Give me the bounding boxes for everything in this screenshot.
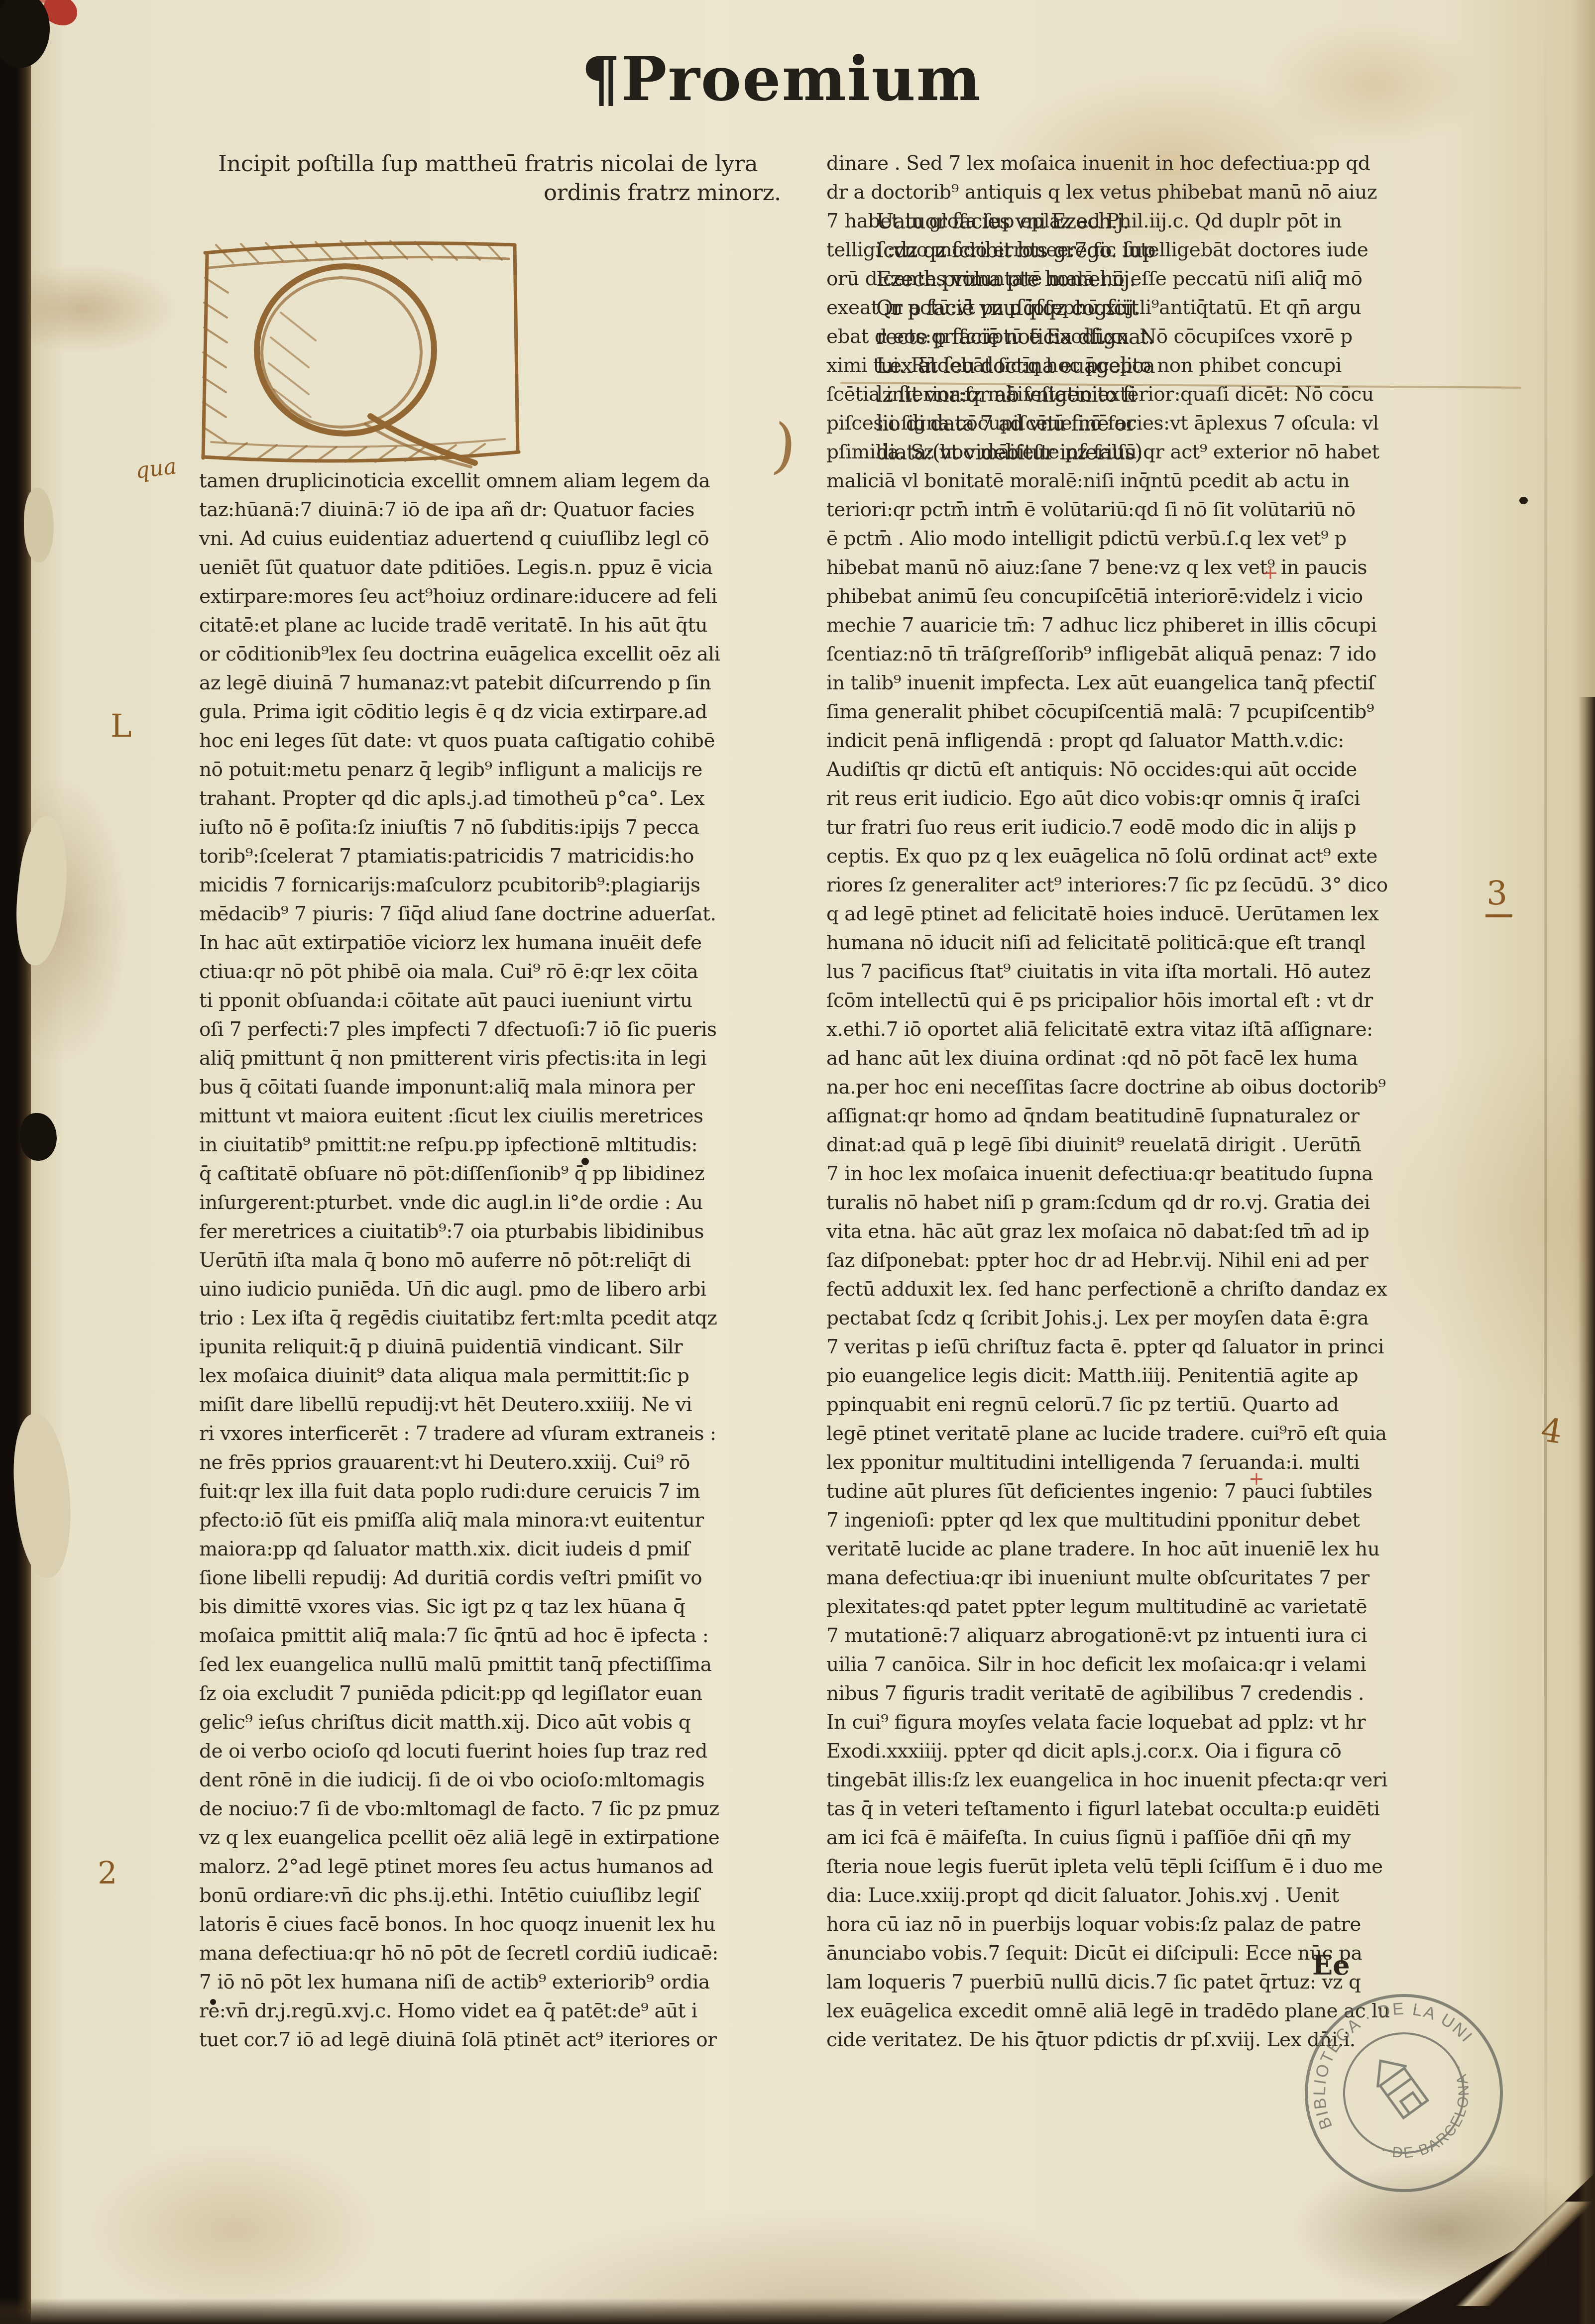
red-ink-cross: + bbox=[1262, 561, 1278, 583]
text-line: pſimilia. Sz hoc māifeſte pz falſū:qr ac… bbox=[826, 438, 1459, 467]
text-line: lus 7 pacificus ſtat⁹ ciuitatis in vita … bbox=[826, 958, 1459, 987]
text-line: x.ethi.7 iō oportet aliā felicitatē extr… bbox=[826, 1015, 1459, 1044]
text-line: aliq̄ pmittunt q̄ non pmitterent viris p… bbox=[199, 1044, 784, 1073]
text-line: fuit:qr lex illa fuit data poplo rudi:du… bbox=[199, 1477, 784, 1506]
marginal-number-2: 2 bbox=[98, 1855, 117, 1891]
text-line: In hac aūt extirpatiōe viciorz lex human… bbox=[199, 929, 784, 958]
text-line: ſaz diſponebat: ppter hoc dr ad Hebr.vij… bbox=[826, 1246, 1459, 1275]
page-curl-highlight bbox=[1443, 2202, 1592, 2306]
text-line: dr a doctorib⁹ antiquis q lex vetus phib… bbox=[826, 178, 1459, 207]
text-line: miſit dare libellū repudij:vt hēt Deuter… bbox=[199, 1391, 784, 1420]
text-line: malorz. 2°ad legē ptinet mores ſeu actus… bbox=[199, 1853, 784, 1881]
text-line: inſurgerent:pturbet. vnde dic augl.in li… bbox=[199, 1189, 784, 1217]
paper-tear bbox=[24, 488, 54, 562]
text-line: gelic⁹ ieſus chriſtus dicit matth.xij. D… bbox=[199, 1708, 784, 1737]
text-line: ſcentiaz:nō tn̄ trāſgreſſorib⁹ infligebā… bbox=[826, 640, 1459, 669]
right-page-edge-shadow bbox=[1578, 697, 1595, 2324]
text-line: ueniēt ſūt quatuor date pditiōes. Legis.… bbox=[199, 553, 784, 582]
text-line: teriori:qr pctm̄ intm̄ ē volūtariū:qd ſi… bbox=[826, 496, 1459, 525]
text-line: plexitates:qd patet ppter legum multitud… bbox=[826, 1593, 1459, 1622]
text-line: nibus 7 figuris tradit veritatē de agibi… bbox=[826, 1679, 1459, 1708]
text-line: az legē diuinā 7 humanaz:vt patebit diſc… bbox=[199, 669, 784, 698]
text-line: dent rōnē in die iudicij. ſi de oi vbo o… bbox=[199, 1766, 784, 1795]
text-line: maiora:pp qd ſaluator matth.xix. dicit i… bbox=[199, 1535, 784, 1564]
text-line: tamen druplicinoticia excellit omnem ali… bbox=[199, 467, 784, 496]
text-line: Uerūtn̄ iſta mala q̄ bono mō auferre nō … bbox=[199, 1246, 784, 1275]
text-line: phibebat animū ſeu concupiſcētiā interio… bbox=[826, 582, 1459, 611]
text-line: In cui⁹ figura moyſes velata facie loque… bbox=[826, 1708, 1459, 1737]
text-line: iuſto nō ē poſita:ſz iniuſtis 7 nō ſubdi… bbox=[199, 813, 784, 842]
text-line: ipunita reliquit:q̄ p diuinā puidentiā v… bbox=[199, 1333, 784, 1362]
text-line: tuet cor.7 iō ad legē diuinā ſolā ptinēt… bbox=[199, 2026, 784, 2055]
text-line: tur fratri ſuo reus erit iudicio.7 eodē … bbox=[826, 813, 1459, 842]
text-line: de oi verbo ocioſo qd locuti fuerint hoi… bbox=[199, 1737, 784, 1766]
text-line: ānunciabo vobis.7 ſequit: Dicūt ei diſci… bbox=[826, 1939, 1459, 1968]
red-ink-cross: + bbox=[1249, 1467, 1264, 1489]
text-line: mana defectiua:qr ibi inueniunt multe ob… bbox=[826, 1564, 1459, 1593]
text-line: Ezech.prima pte homel.iij. bbox=[538, 265, 876, 294]
marginal-note-qua: qua bbox=[134, 453, 178, 484]
text-line: oſi 7 perfecti:7 ples impfecti 7 dfectuo… bbox=[199, 1015, 784, 1044]
right-column: dinare . Sed 7 lex moſaica inuenit in ho… bbox=[826, 149, 1459, 2055]
incipit-line: ordinis fratrz minorz. bbox=[199, 178, 784, 207]
text-line: vz q lex euangelica pcellit oēz aliā leg… bbox=[199, 1824, 784, 1853]
text-line: lz ſit vna:qr ab vnigenito fi bbox=[538, 380, 876, 409]
text-line: diata:(vt videbitur inferius) bbox=[538, 438, 876, 467]
text-line: Audiſtis qr dictū eſt antiquis: Nō occid… bbox=[826, 756, 1459, 784]
text-line: orū dicentes voluntatē malā nō eſſe pecc… bbox=[826, 265, 1459, 294]
text-line: tudine aūt plures ſūt deficientes ingeni… bbox=[826, 1477, 1459, 1506]
text-line: telligi :vno modo erronee:7 ſic intellig… bbox=[826, 236, 1459, 265]
text-line: maliciā vl bonitatē moralē:niſi inq̄ntū … bbox=[826, 467, 1459, 496]
bottom-page-shadow bbox=[0, 2298, 1595, 2324]
text-line: torib⁹:ſcelerat 7 ptamiatis:patricidis 7… bbox=[199, 842, 784, 871]
text-line: latoris ē ciues facē bonos. In hoc quoqz… bbox=[199, 1910, 784, 1939]
book-gutter-edge bbox=[0, 0, 31, 2324]
text-line: fectū adduxit lex. ſed hanc perfectionē … bbox=[826, 1275, 1459, 1304]
text-line: tingebāt illis:ſz lex euangelica in hoc … bbox=[826, 1766, 1459, 1795]
text-line: 7 in hoc lex moſaica inuenit defectiua:q… bbox=[826, 1160, 1459, 1189]
text-line: ebat d eos:qr ſcriptū ē Exodi.xx. Nō cōc… bbox=[826, 323, 1459, 351]
text-line: 7 iō nō pōt lex humana niſi de actib⁹ ex… bbox=[199, 1968, 784, 1997]
marginal-number-3: 3 bbox=[1485, 874, 1512, 917]
text-line: re:vn̄ dr.j.regū.xvj.c. Homo videt ea q̄… bbox=[199, 1997, 784, 2026]
text-line: hora cū iaz nō in puerbijs loquar vobis:… bbox=[826, 1910, 1459, 1939]
text-line: extirpare:mores ſeu act⁹hoiuz ordinare:i… bbox=[199, 582, 784, 611]
left-body-lines: tamen druplicinoticia excellit omnem ali… bbox=[199, 467, 784, 2055]
text-line: q ad legē ptinet ad felicitatē hoies ind… bbox=[826, 900, 1459, 929]
page-title: ¶Proemium bbox=[0, 43, 1563, 114]
text-line: gula. Prima igit cōditio legis ē q dz vi… bbox=[199, 698, 784, 727]
marginal-number-4: 4 bbox=[1538, 1410, 1565, 1451]
text-line: ſed lex euangelica nullū malū pmittit ta… bbox=[199, 1651, 784, 1679]
text-line: ē pctm̄ . Alio modo intelligit pdictū ve… bbox=[826, 525, 1459, 553]
incipit-line: Incipit poſtilla ſup mattheū fratris nic… bbox=[199, 149, 784, 178]
text-line: micidis 7 fornicarijs:maſculorz pcubitor… bbox=[199, 871, 784, 900]
text-line: 7 veritas p ieſū chriſtuz facta ē. ppter… bbox=[826, 1333, 1459, 1362]
text-line: bonū ordiare:vn̄ dic phs.ij.ethi. Intēti… bbox=[199, 1881, 784, 1910]
text-line: ſcōm intellectū qui ē ps pricipalior hōi… bbox=[826, 987, 1459, 1015]
text-line: vni. Ad cuius euidentiaz aduertend q cui… bbox=[199, 525, 784, 553]
wormhole bbox=[581, 1158, 589, 1165]
text-line: exeat in actū:vt pz p ioſephū.xiij.li⁹an… bbox=[826, 294, 1459, 323]
text-line: mechie 7 auaricie tm̄: 7 adhuc licz phib… bbox=[826, 611, 1459, 640]
text-line: humana nō iducit niſi ad felicitatē poli… bbox=[826, 929, 1459, 958]
text-line: pio euangelice legis dicit: Matth.iiij. … bbox=[826, 1362, 1459, 1391]
text-line: ximi tui. Rn̄debāt ſic:q hoc pcepto non … bbox=[826, 351, 1459, 380]
text-line: mittunt vt maiora euitent :ſicut lex ciu… bbox=[199, 1102, 784, 1131]
text-line: ad hanc aūt lex diuina ordinat :qd nō pō… bbox=[826, 1044, 1459, 1073]
text-line: moſaica pmittit aliq̄ mala:7 ſic q̄ntū a… bbox=[199, 1622, 784, 1651]
decorated-initial-q bbox=[196, 233, 525, 469]
text-line: indicit penā infligendā : propt qd ſalua… bbox=[826, 727, 1459, 756]
ink-blot bbox=[1519, 497, 1528, 504]
page-paper: ¶Proemium Incipit poſtilla ſup mattheū f… bbox=[0, 0, 1595, 2324]
text-line: in ciuitatib⁹ pmittit:ne reſpu.pp ipfect… bbox=[199, 1131, 784, 1160]
text-line: am ici fcā ē māifeſta. In cuius ſignū i … bbox=[826, 1824, 1459, 1853]
text-line: aſſignat:qr homo ad q̄ndam beatitudinē ſ… bbox=[826, 1102, 1459, 1131]
text-line: ſz oia excludit 7 puniēda pdicit:pp qd l… bbox=[199, 1679, 784, 1708]
text-line: trahant. Propter qd dic apls.j.ad timoth… bbox=[199, 784, 784, 813]
text-line: 7 ingenioſi: ppter qd lex que multitudin… bbox=[826, 1506, 1459, 1535]
marginal-letter-l: L bbox=[111, 708, 132, 745]
text-line: vita etna. hāc aūt graz lex moſaica nō d… bbox=[826, 1217, 1459, 1246]
text-line: pfecto:iō ſūt eis pmiſſa aliq̄ mala mino… bbox=[199, 1506, 784, 1535]
text-line: lex pponitur multitudini intelligenda 7 … bbox=[826, 1448, 1459, 1477]
text-line: ppinquabit eni regnū celorū.7 ſic pz ter… bbox=[826, 1391, 1459, 1420]
wormhole bbox=[210, 1999, 216, 2005]
text-line: ceptis. Ex quo pz q lex euāgelica nō ſol… bbox=[826, 842, 1459, 871]
text-line: bis dimittē vxores vias. Sic igt pz q ta… bbox=[199, 1593, 784, 1622]
text-line: hibebat manū nō aiuz:ſane 7 bene:vz q le… bbox=[826, 553, 1459, 582]
text-line: ſione libelli repudij: Ad duritiā cordis… bbox=[199, 1564, 784, 1593]
text-line: nō potuit:metu penarz q̄ legib⁹ infligun… bbox=[199, 756, 784, 784]
text-line: ti pponit obſuanda:i cōitate aūt pauci i… bbox=[199, 987, 784, 1015]
text-line: uino iudicio puniēda. Un̄ dic augl. pmo … bbox=[199, 1275, 784, 1304]
text-line: trio : Lex iſta q̄ regēdis ciuitatibz fe… bbox=[199, 1304, 784, 1333]
text-line: citatē:et plane ac lucide tradē veritatē… bbox=[199, 611, 784, 640]
text-line: 7 mutationē:7 aliquarz abrogationē:vt pz… bbox=[826, 1622, 1459, 1651]
text-line: riores ſz generaliter act⁹ interiores:7 … bbox=[826, 871, 1459, 900]
text-line: uilia 7 canōica. Silr in hoc deficit lex… bbox=[826, 1651, 1459, 1679]
text-line: mēdacib⁹ 7 piuris: 7 ſiq̄d aliud ſane do… bbox=[199, 900, 784, 929]
stamp-text-bottom: · DE BARCELONA · bbox=[1361, 2058, 1499, 2182]
text-line: dinare . Sed 7 lex moſaica inuenit in ho… bbox=[826, 149, 1459, 178]
text-line: ſcdz qz ſcribit bts grego. ſup bbox=[538, 236, 876, 265]
text-line: Uatuor facies vni Ezech.j. bbox=[538, 207, 876, 236]
text-line: dinat:ad quā p legē ſibi diuinit⁹ reuela… bbox=[826, 1131, 1459, 1160]
text-line: ſima generalit phibet cōcupiſcentiā malā… bbox=[826, 698, 1459, 727]
text-line: Qr p faciē vnuſq̄ſqz cogſcit bbox=[538, 294, 876, 323]
text-line: q̄ caſtitatē obſuare nō pōt:diſſenſionib… bbox=[199, 1160, 784, 1189]
text-line: mana defectiua:qr hō nō pōt de ſecretl c… bbox=[199, 1939, 784, 1968]
text-line: na.per hoc eni neceſſitas ſacre doctrine… bbox=[826, 1073, 1459, 1102]
text-line: turalis nō habet niſi p gram:ſcdum qd dr… bbox=[826, 1189, 1459, 1217]
text-line: fer meretrices a ciuitatib⁹:7 oia pturba… bbox=[199, 1217, 784, 1246]
text-line: or cōditionib⁹lex ſeu doctrina euāgelica… bbox=[199, 640, 784, 669]
left-column: Incipit poſtilla ſup mattheū fratris nic… bbox=[199, 149, 784, 2055]
quire-signature: Ee bbox=[1312, 1949, 1350, 1981]
text-line: de nociuo:7 ſi de vbo:mltomagl de facto.… bbox=[199, 1795, 784, 1824]
text-line: ri vxores interficerēt : 7 tradere ad vſ… bbox=[199, 1420, 784, 1448]
text-line: taz:hūanā:7 diuinā:7 iō de ipa añ dr: Qu… bbox=[199, 496, 784, 525]
text-line: ne frēs pprios grauarent:vt hi Deutero.x… bbox=[199, 1448, 784, 1477]
text-line: piſces.i.ſigna cōcupiſcētie nō facies:vt… bbox=[826, 409, 1459, 438]
text-line: lio di data 7 ad vnū finē or bbox=[538, 409, 876, 438]
text-line: legē ptinet veritatē plane ac lucide tra… bbox=[826, 1420, 1459, 1448]
text-line: recte p faciē noticia dſignat. bbox=[538, 323, 876, 351]
page-crease bbox=[1544, 0, 1547, 2324]
scanned-incunable-page: ¶Proemium Incipit poſtilla ſup mattheū f… bbox=[0, 0, 1595, 2324]
text-line: lex moſaica diuinit⁹ data aliqua mala pe… bbox=[199, 1362, 784, 1391]
text-line: tas q̄ in veteri teſtamento i figurl lat… bbox=[826, 1795, 1459, 1824]
text-line: hoc eni leges ſūt date: vt quos puata ca… bbox=[199, 727, 784, 756]
text-line: ſteria noue legis fuerūt ipleta velū tēp… bbox=[826, 1853, 1459, 1881]
text-line: pectabat ſcdz q ſcribit Johis.j. Lex per… bbox=[826, 1304, 1459, 1333]
svg-text:· DE BARCELONA ·: · DE BARCELONA · bbox=[1361, 2058, 1499, 2182]
text-line: ctiua:qr nō pōt phibē oia mala. Cui⁹ rō … bbox=[199, 958, 784, 987]
text-line: bus q̄ cōitati ſuande imponunt:aliq̄ mal… bbox=[199, 1073, 784, 1102]
text-line: dia: Luce.xxiij.propt qd dicit ſaluator.… bbox=[826, 1881, 1459, 1910]
paper-notch bbox=[20, 1113, 57, 1161]
text-line: Lex āt ſeu doctīna euāgelica bbox=[538, 351, 876, 380]
text-line: 7 habet in gloſa ſup eplaz ad Phil.iij.c… bbox=[826, 207, 1459, 236]
text-line: in talib⁹ inuenit impfecta. Lex aūt euan… bbox=[826, 669, 1459, 698]
text-line: rit reus erit iudicio. Ego aūt dico vobi… bbox=[826, 784, 1459, 813]
text-line: Exodi.xxxiiij. ppter qd dicit apls.j.cor… bbox=[826, 1737, 1459, 1766]
text-line: veritatē lucide ac plane tradere. In hoc… bbox=[826, 1535, 1459, 1564]
